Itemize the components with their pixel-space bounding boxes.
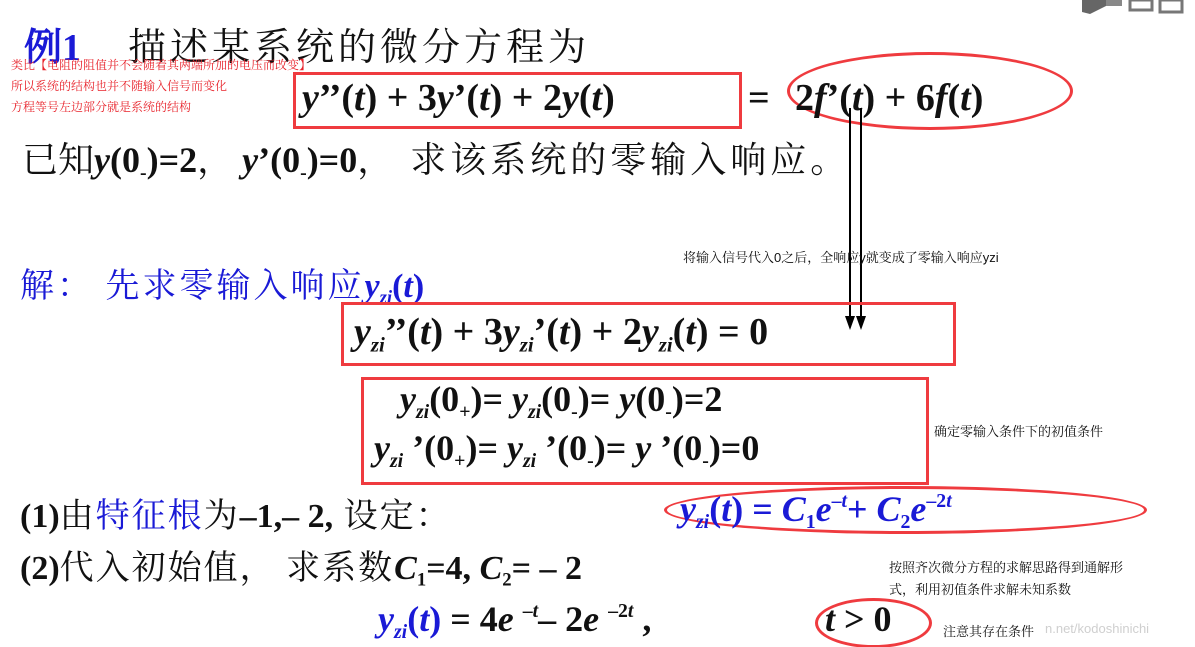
- given-prefix: 已知: [22, 140, 94, 180]
- general-solution-note: 按照齐次微分方程的求解思路得到通解形 式，利用初值条件求解未知系数: [889, 557, 1123, 601]
- existence-note: 注意其存在条件: [943, 621, 1034, 640]
- given-suffix: ， 求该系统的零输入响应。: [357, 140, 850, 180]
- given-conditions: 已知y(0-)=2， y’(0-)=0， 求该系统的零输入响应。: [22, 132, 850, 185]
- logo: [1060, 0, 1195, 18]
- characteristic-root-label: 特征根: [96, 498, 204, 535]
- analogy-line-1: 类比【电阻的阻值并不会随着其两端所加的电压而改变】: [11, 55, 311, 76]
- zi-equation: yzi’’(t) + 3yzi’(t) + 2yzi(t) = 0: [354, 310, 768, 357]
- solution-label: 解：: [20, 268, 94, 305]
- initial-condition-1: yzi(0+)= yzi(0-)= y(0-)=2: [400, 378, 722, 424]
- general-solution-note-line-1: 按照齐次微分方程的求解思路得到通解形: [889, 557, 1123, 579]
- given-separator: ，: [197, 140, 233, 180]
- substitution-arrows: [840, 108, 870, 333]
- existence-condition: t > 0: [825, 598, 892, 640]
- watermark: n.net/kodoshinichi: [1045, 621, 1149, 636]
- main-equation-lhs: y’’(t) + 3y’(t) + 2y(t): [302, 76, 615, 120]
- solution-heading-text: 先求零输入响应: [106, 268, 365, 305]
- zero-input-note: 将输入信号代入0之后，全响应y就变成了零输入响应yzi: [683, 247, 999, 266]
- general-solution-formula: yzi(t) = C1e–t+ C2e–2t: [680, 488, 952, 534]
- step-2: (2)代入初始值， 求系数C1=4, C2= – 2: [20, 540, 582, 592]
- main-equation-rhs: 2f’(t) + 6f(t): [795, 76, 983, 120]
- analogy-line-2: 所以系统的结构也并不随输入信号而变化: [11, 76, 311, 97]
- initial-condition-note: 确定零输入条件下的初值条件: [934, 421, 1103, 440]
- analogy-note: 类比【电阻的阻值并不会随着其两端所加的电压而改变】 所以系统的结构也并不随输入信…: [11, 55, 311, 118]
- final-solution: yzi(t) = 4e –t– 2e –2t ,: [378, 598, 651, 644]
- general-solution-note-line-2: 式，利用初值条件求解未知系数: [889, 579, 1123, 601]
- initial-condition-2: yzi ’(0+)= yzi ’(0-)= y ’(0-)=0: [374, 427, 759, 473]
- main-equation-equals: =: [748, 76, 770, 120]
- step-1: (1)由特征根为–1,– 2, 设定：: [20, 488, 452, 537]
- analogy-line-3: 方程等号左边部分就是系统的结构: [11, 97, 311, 118]
